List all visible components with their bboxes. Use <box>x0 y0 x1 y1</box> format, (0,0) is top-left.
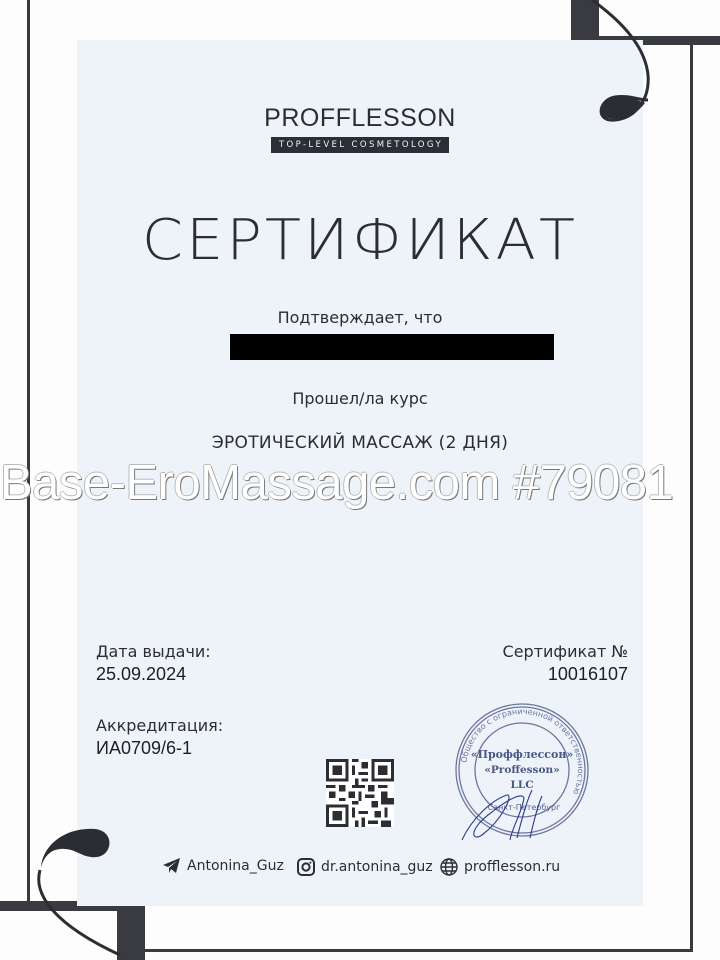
certificate-title: СЕРТИФИКАТ <box>0 208 720 273</box>
svg-text:«Proffesson»: «Proffesson» <box>484 764 559 776</box>
brand-name: PROFFLESSON <box>0 104 720 132</box>
certificate-number-label: Сертификат № <box>503 642 628 661</box>
confirm-text: Подтверждает, что <box>0 308 720 327</box>
footer-telegram[interactable]: Antonina_Guz <box>163 858 284 874</box>
issue-date-value: 25.09.2024 <box>96 664 186 685</box>
website-link[interactable]: profflesson.ru <box>464 859 560 875</box>
course-name: ЭРОТИЧЕСКИЙ МАССАЖ (2 ДНЯ) <box>0 433 720 453</box>
certificate-number-value: 10016107 <box>548 664 628 685</box>
footer-website[interactable]: profflesson.ru <box>440 858 560 876</box>
brand-logo: PROFFLESSON TOP-LEVEL COSMETOLOGY <box>0 104 720 153</box>
svg-text:«Проффлессон»: «Проффлессон» <box>471 748 574 761</box>
qr-code-icon[interactable] <box>326 759 394 827</box>
instagram-handle[interactable]: dr.antonina_guz <box>321 859 433 875</box>
issue-date-label: Дата выдачи: <box>96 642 211 661</box>
watermark: Base-EroMassage.com #79081 <box>0 455 720 511</box>
telegram-handle[interactable]: Antonina_Guz <box>187 858 284 874</box>
svg-text:LLC: LLC <box>510 779 533 791</box>
accreditation-label: Аккредитация: <box>96 716 223 735</box>
globe-icon <box>440 858 458 876</box>
instagram-icon <box>297 858 315 876</box>
frame-bottom-line <box>145 949 693 952</box>
recipient-name-redacted <box>230 334 554 360</box>
swirl-bottom-left-icon <box>35 815 135 960</box>
company-stamp-icon: Общество с ограниченной ответственностью… <box>452 700 592 840</box>
accreditation-value: ИА0709/6-1 <box>96 738 192 759</box>
footer-instagram[interactable]: dr.antonina_guz <box>297 858 433 876</box>
passed-course-text: Прошел/ла курс <box>0 389 720 408</box>
telegram-icon <box>163 858 181 874</box>
brand-tagline: TOP-LEVEL COSMETOLOGY <box>271 137 449 153</box>
